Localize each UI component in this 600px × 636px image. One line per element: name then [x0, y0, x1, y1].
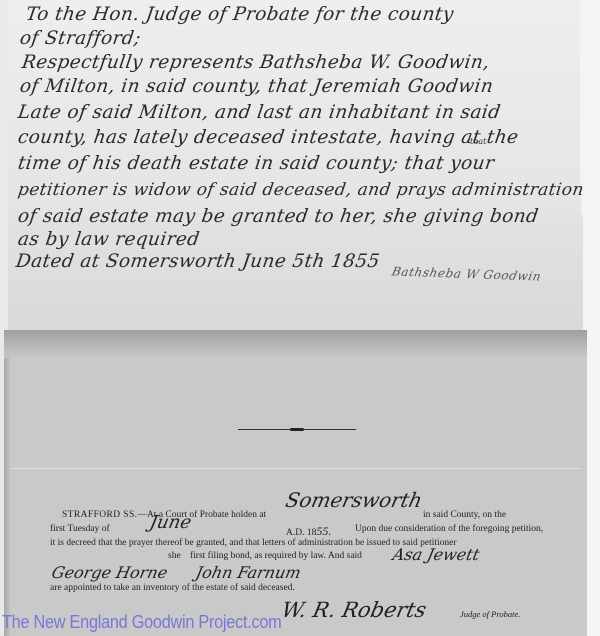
sheet-left-edge — [4, 358, 10, 636]
decree-line-6: are appointed to take an inventory of th… — [50, 583, 295, 593]
petition-line: Respectfully represents Bathsheba W. Goo… — [21, 52, 491, 73]
court-month: June — [148, 512, 194, 533]
decree-line-4: first filing bond, as required by law. A… — [190, 551, 362, 561]
petition-date-line: Dated at Somersworth June 5th 1855 — [15, 251, 382, 272]
petition-line: time of his death estate in said county;… — [17, 153, 496, 174]
petition-line: of Strafford; — [19, 28, 143, 49]
decree-line-2-prefix: first Tuesday of — [50, 524, 110, 534]
court-year: 55. — [316, 524, 331, 538]
petition-line: Late of said Milton, and last an inhabit… — [17, 102, 502, 123]
ornamental-rule — [238, 428, 356, 432]
appraiser-name: John Farnum — [194, 563, 303, 582]
appraiser-name: Asa Jewett — [391, 545, 481, 564]
decree-line-1-suffix: in said County, on the — [423, 510, 506, 520]
petition-line: of Milton, in said county, that Jeremiah… — [19, 76, 495, 97]
appraiser-name: George Horne — [50, 563, 169, 582]
court-place: Somersworth — [283, 488, 424, 512]
decree-line-2-ad: A.D. 1855. — [286, 524, 331, 539]
petition-line: county, has lately deceased intestate, h… — [17, 127, 520, 148]
decree-line-2-suffix: Upon due consideration of the foregoing … — [355, 524, 543, 534]
decree-pronoun: she — [168, 551, 181, 561]
petition-line: as by law required — [17, 229, 201, 250]
judge-signature: W. R. Roberts — [279, 598, 428, 622]
interlineation: that — [470, 137, 486, 146]
watermark: The New England Goodwin Project.com — [2, 611, 281, 633]
petition-line: of said estate may be granted to her, sh… — [17, 206, 540, 227]
judge-label: Judge of Probate. — [460, 609, 520, 619]
fold-line — [10, 468, 582, 469]
petition-line: petitioner is widow of said deceased, an… — [17, 180, 586, 200]
petition-line: To the Hon. Judge of Probate for the cou… — [25, 4, 456, 25]
sheet-shadow — [4, 330, 587, 358]
county-label: STRAFFORD SS. — [62, 510, 137, 520]
